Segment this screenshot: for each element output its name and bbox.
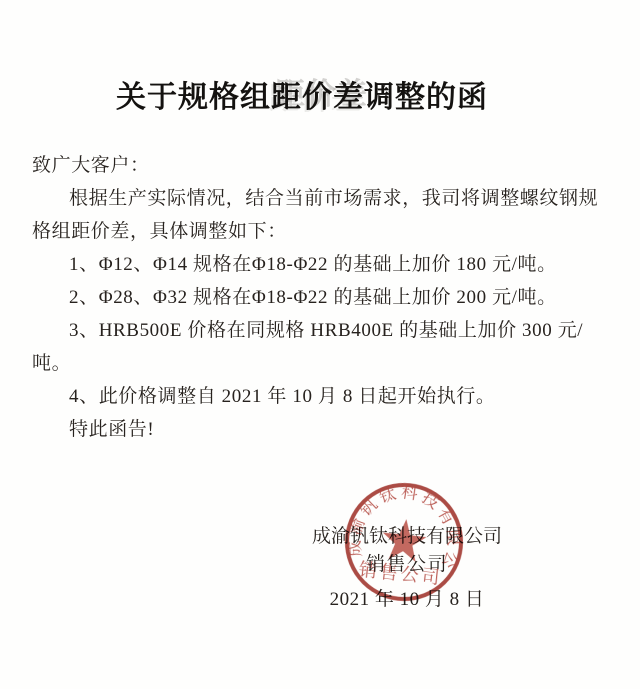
seal-arc-text: 成渝钒钛科技有限公司 (322, 460, 473, 576)
body-line-item3: 3、HRB500E 价格在同规格 HRB400E 的基础上加价 300 元/ (32, 314, 622, 347)
body-line-item1: 1、Φ12、Φ14 规格在Φ18-Φ22 的基础上加价 180 元/吨。 (32, 248, 622, 281)
letter-body: 致广大客户： 根据生产实际情况，结合当前市场需求，我司将调整螺纹钢规 格组距价差… (32, 149, 622, 446)
seal-bottom-text: 销售公司 (358, 559, 444, 588)
title-part: 关于规格组 (116, 80, 271, 115)
body-line-item2: 2、Φ28、Φ32 规格在Φ18-Φ22 的基础上加价 200 元/吨。 (32, 281, 622, 314)
body-line: 吨。 (32, 347, 622, 380)
closing-line: 特此函告! (32, 413, 622, 446)
body-line: 根据生产实际情况，结合当前市场需求，我司将调整螺纹钢规 (32, 182, 622, 215)
scanned-letter-page: 关于规格组距价差调整的函 致广大客户： 根据生产实际情况，结合当前市场需求，我司… (0, 0, 640, 689)
body-line-item4: 4、此价格调整自 2021 年 10 月 8 日起开始执行。 (32, 380, 622, 413)
salutation-line: 致广大客户： (32, 149, 622, 182)
body-line: 格组距价差，具体调整如下： (32, 215, 622, 248)
page-title: 关于规格组距价差调整的函 (0, 72, 604, 116)
company-seal: 成渝钒钛科技有限公司 销售公司 (322, 460, 487, 625)
seal-star-icon (380, 517, 428, 563)
title-part: 调整的函 (364, 80, 488, 115)
title-part-ghosted: 距价差 (271, 80, 364, 115)
